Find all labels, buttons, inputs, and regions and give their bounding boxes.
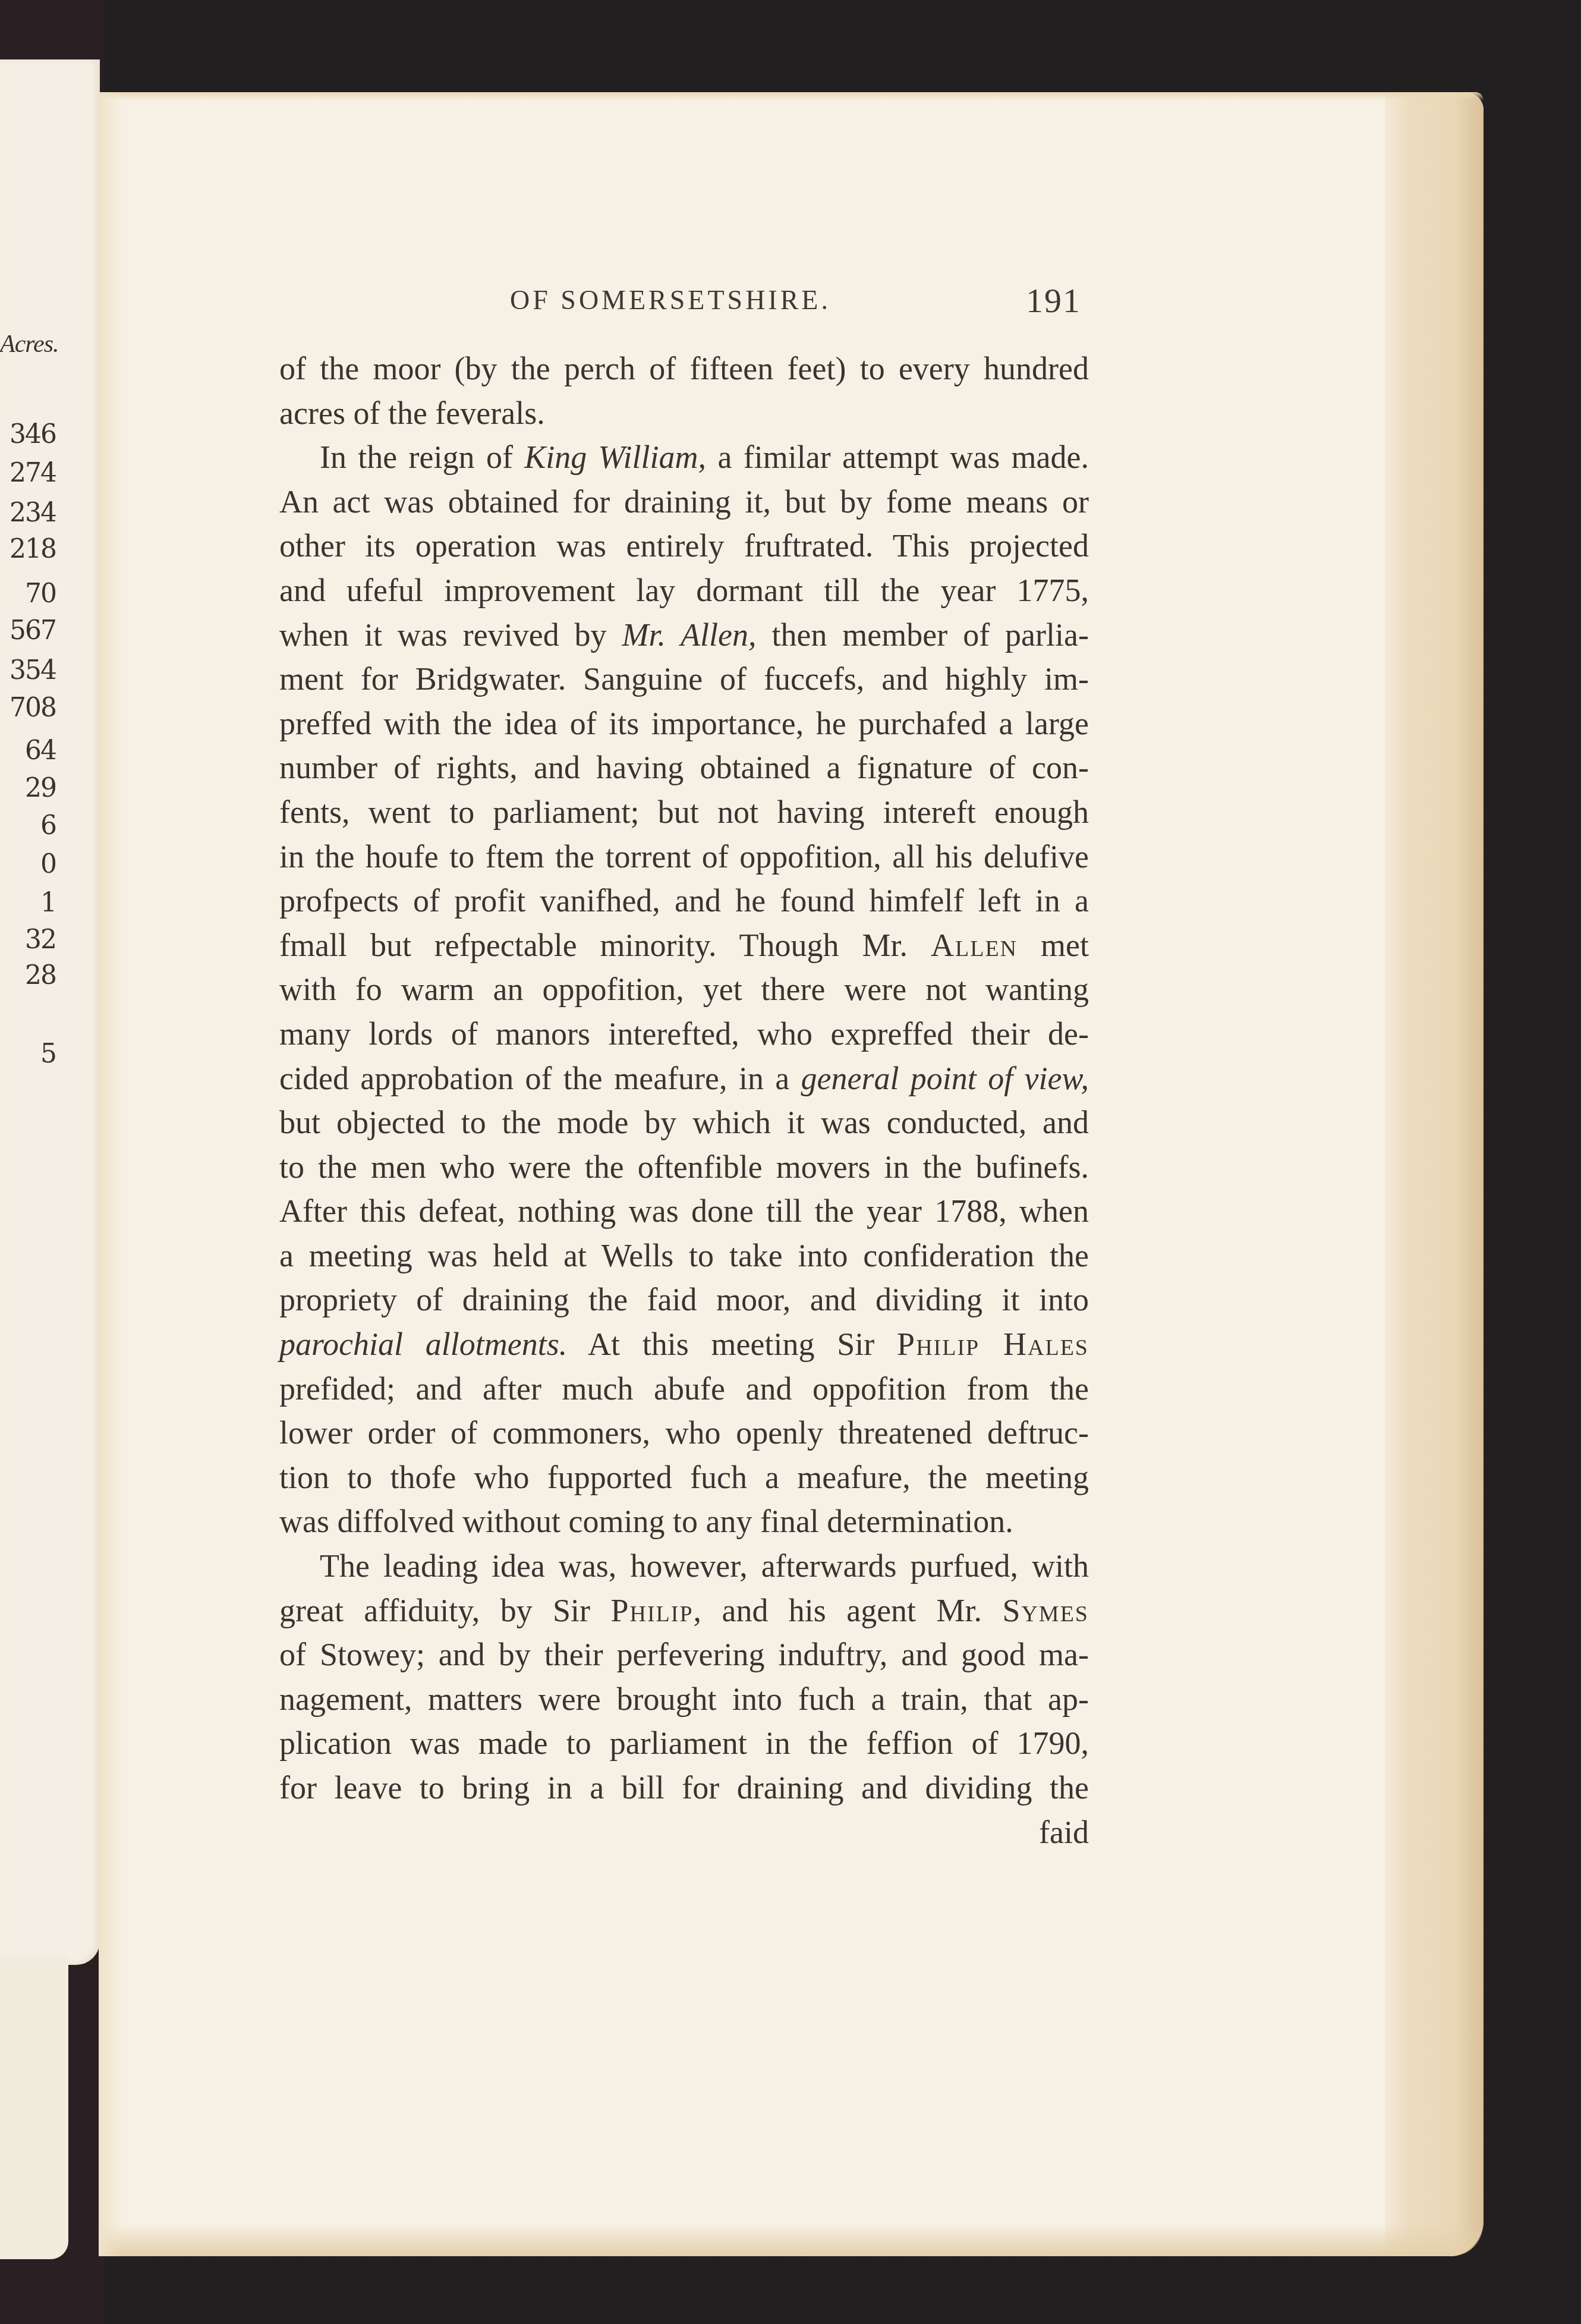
text-line: profpects of profit vanifhed, and he fou…: [279, 879, 1089, 923]
text-line: other its operation was entirely fruftra…: [279, 524, 1089, 568]
margin-number: 64: [25, 735, 56, 766]
margin-number: 28: [25, 960, 56, 990]
text-line: fmall but refpectable minority. Though M…: [279, 923, 1089, 968]
margin-number: 274: [10, 458, 56, 488]
text-run: In the reign of: [320, 439, 524, 475]
text-run: cided approbation of the meafure, in a: [279, 1061, 801, 1096]
text-run: a fimilar attempt was made.: [706, 439, 1089, 475]
margin-number: 5: [40, 1039, 56, 1069]
text-line: After this defeat, nothing was done till…: [279, 1189, 1089, 1234]
margin-number: 708: [10, 693, 56, 723]
text-line: was diffolved without coming to any fina…: [279, 1499, 1089, 1544]
text-line: propriety of draining the faid moor, and…: [279, 1278, 1089, 1322]
text-line: when it was revived by Mr. Allen, then m…: [279, 613, 1089, 658]
text-line: great affiduity, by Sir Philip, and his …: [279, 1589, 1089, 1633]
body-text: of the moor (by the perch of fifteen fee…: [279, 347, 1089, 1854]
text-line: In the reign of King William, a fimilar …: [279, 435, 1089, 480]
text-line: but objected to the mode by which it was…: [279, 1100, 1089, 1145]
page-number: 191: [1026, 281, 1081, 320]
margin-number: 1: [40, 888, 56, 918]
aged-deckle-edge: [1385, 92, 1484, 2256]
text-line: preffed with the idea of its importance,…: [279, 702, 1089, 746]
smallcaps-text: Allen: [931, 927, 1018, 963]
text-run: , and his agent Mr.: [694, 1593, 1003, 1628]
gutter-shade: [99, 92, 122, 2256]
text-line: with fo warm an oppofition, yet there we…: [279, 967, 1089, 1012]
running-head: OF SOMERSETSHIRE.: [510, 284, 831, 316]
text-line: of the moor (by the perch of fifteen fee…: [279, 347, 1089, 391]
margin-number: 29: [25, 773, 56, 803]
text-line: and ufeful improvement lay dormant till …: [279, 568, 1089, 613]
text-run: great affiduity, by Sir: [279, 1593, 610, 1628]
text-line: for leave to bring in a bill for drainin…: [279, 1766, 1089, 1810]
text-line: The leading idea was, however, afterward…: [279, 1544, 1089, 1589]
margin-number: 567: [10, 615, 56, 646]
margin-number: 70: [25, 578, 56, 609]
text-run: fmall but refpectable minority. Though M…: [279, 927, 931, 963]
text-line: a meeting was held at Wells to take into…: [279, 1234, 1089, 1278]
smallcaps-text: Philip Hales: [897, 1326, 1089, 1362]
margin-number: 0: [40, 849, 56, 879]
text-line: of Stowey; and by their perfevering indu…: [279, 1633, 1089, 1677]
text-line: fents, went to parliament; but not havin…: [279, 790, 1089, 835]
italic-text: Mr. Allen,: [622, 617, 757, 653]
margin-number: 32: [25, 924, 56, 955]
text-line: parochial allotments. At this meeting Si…: [279, 1322, 1089, 1367]
text-line: plication was made to parliament in the …: [279, 1721, 1089, 1766]
text-line: to the men who were the oftenfible mover…: [279, 1145, 1089, 1190]
text-line: in the houfe to ftem the torrent of oppo…: [279, 835, 1089, 879]
smallcaps-text: Philip: [610, 1593, 693, 1628]
margin-number: 354: [10, 655, 56, 685]
text-line: An act was obtained for draining it, but…: [279, 480, 1089, 524]
margin-number: 346: [10, 419, 56, 449]
text-run: when it was revived by: [279, 617, 622, 653]
text-line: prefided; and after much abufe and oppof…: [279, 1367, 1089, 1411]
italic-text: King William,: [524, 439, 706, 475]
text-line: acres of the feverals.: [279, 391, 1089, 436]
text-run: met: [1018, 927, 1089, 963]
italic-text: general point of view,: [801, 1061, 1089, 1096]
text-line: tion to thofe who fupported fuch a meafu…: [279, 1455, 1089, 1500]
text-run: At this meeting Sir: [567, 1326, 897, 1362]
text-line: ment for Bridgwater. Sanguine of fuccefs…: [279, 657, 1089, 702]
text-line: many lords of manors interefted, who exp…: [279, 1012, 1089, 1056]
catchword: faid: [279, 1810, 1089, 1855]
text-line: lower order of commoners, who openly thr…: [279, 1411, 1089, 1455]
margin-number: 218: [10, 534, 56, 564]
text-line: nagement, matters were brought into fuch…: [279, 1677, 1089, 1722]
text-run: then member of parlia-: [756, 617, 1089, 653]
top-page-edge: [99, 92, 1484, 100]
margin-heading: Acres.: [0, 330, 59, 358]
italic-text: parochial allotments.: [279, 1326, 567, 1362]
smallcaps-text: Symes: [1002, 1593, 1089, 1628]
margin-number: 234: [10, 498, 56, 528]
aged-bottom-edge: [99, 2224, 1484, 2256]
left-page-lower-leaf: [0, 1956, 68, 2259]
text-line: number of rights, and having obtained a …: [279, 746, 1089, 790]
margin-number: 6: [40, 810, 56, 841]
text-line: cided approbation of the meafure, in a g…: [279, 1056, 1089, 1101]
